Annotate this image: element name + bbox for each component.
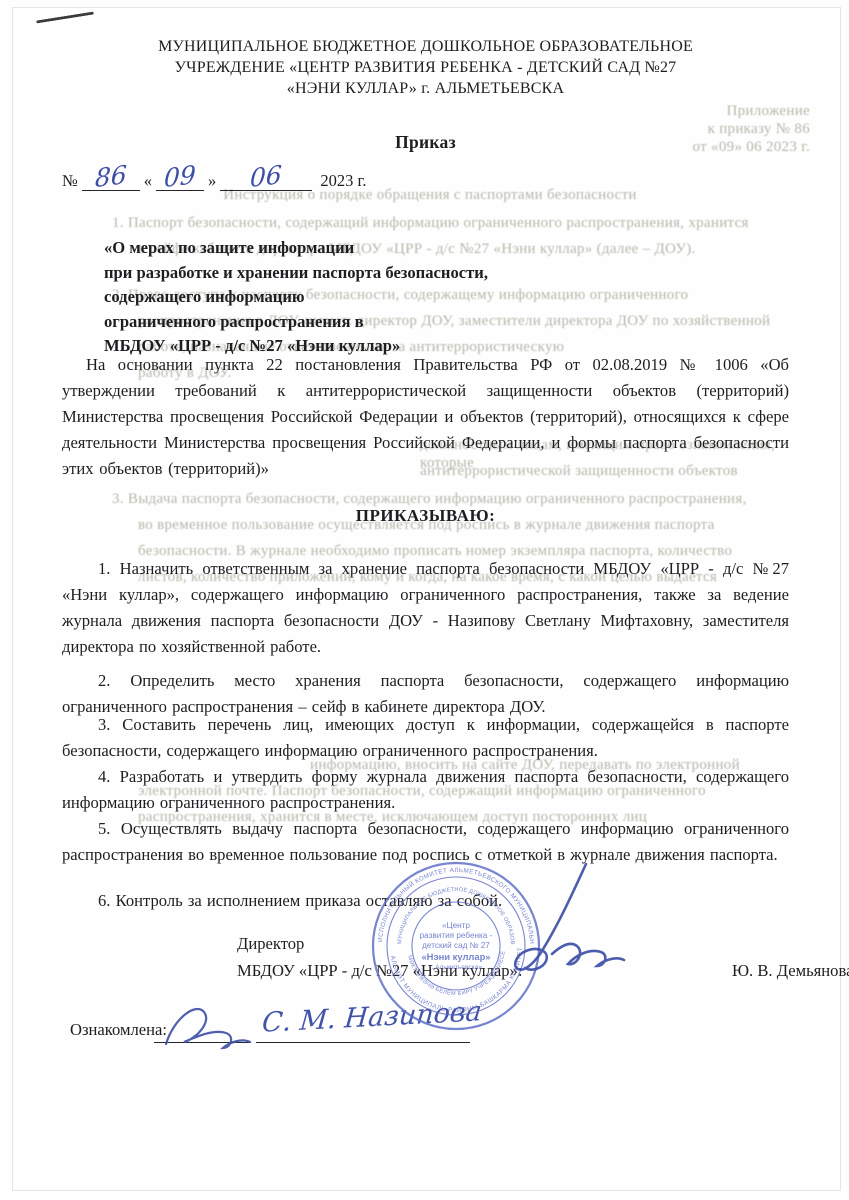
day-blank: 09 <box>156 164 204 191</box>
document-content: МУНИЦИПАЛЬНОЕ БЮДЖЕТНОЕ ДОШКОЛЬНОЕ ОБРАЗ… <box>62 36 789 99</box>
order-heading: ПРИКАЗЫВАЮ: <box>62 506 789 526</box>
handwritten-day: 09 <box>163 160 196 193</box>
open-quote: « <box>144 171 152 190</box>
order-item-3: 3. Составить перечень лиц, имеющих досту… <box>62 712 789 764</box>
order-item-4: 4. Разработать и утвердить форму журнала… <box>62 764 789 816</box>
bleedthrough-line: Приложение <box>640 102 810 120</box>
bleedthrough-line: 1. Паспорт безопасности, содержащий инфо… <box>112 214 824 232</box>
order-number-blank: 86 <box>82 164 140 191</box>
director-signature <box>468 856 638 996</box>
acknowledgement-signature-flourish <box>146 996 256 1056</box>
subject-line: «О мерах по защите информации <box>104 236 704 261</box>
handwritten-order-number: 86 <box>94 160 127 193</box>
handwritten-month: 06 <box>250 160 283 193</box>
year-label: 2023 г. <box>320 171 366 190</box>
order-item-1: 1. Назначить ответственным за хранение п… <box>62 556 789 660</box>
document-title: Приказ <box>62 132 789 153</box>
org-header-line3: «НЭНИ КУЛЛАР» г. АЛЬМЕТЬЕВСКА <box>62 78 789 99</box>
order-number-line: №86«09»06 2023 г. <box>62 164 367 191</box>
month-blank: 06 <box>220 164 312 191</box>
scanned-order-document: Приложение к приказу № 86 от «09» 06 202… <box>0 0 849 1200</box>
org-header-line1: МУНИЦИПАЛЬНОЕ БЮДЖЕТНОЕ ДОШКОЛЬНОЕ ОБРАЗ… <box>62 36 789 57</box>
number-sign: № <box>62 171 78 190</box>
stamp-center-line1: «Центр <box>442 921 470 930</box>
acknowledgement-underline <box>256 1042 470 1043</box>
order-subject: «О мерах по защите информации при разраб… <box>104 236 704 359</box>
org-header-line2: УЧРЕЖДЕНИЕ «ЦЕНТР РАЗВИТИЯ РЕБЕНКА - ДЕТ… <box>62 57 789 78</box>
signer-name: Ю. В. Демьянова <box>732 957 849 984</box>
subject-line: при разработке и хранении паспорта безоп… <box>104 261 704 286</box>
pen-mark <box>36 11 94 23</box>
subject-line: содержащего информацию <box>104 285 704 310</box>
close-quote: » <box>208 171 216 190</box>
subject-line: ограниченного распространения в <box>104 310 704 335</box>
preamble-paragraph: На основании пункта 22 постановления Пра… <box>62 352 789 482</box>
organization-header: МУНИЦИПАЛЬНОЕ БЮДЖЕТНОЕ ДОШКОЛЬНОЕ ОБРАЗ… <box>62 36 789 99</box>
